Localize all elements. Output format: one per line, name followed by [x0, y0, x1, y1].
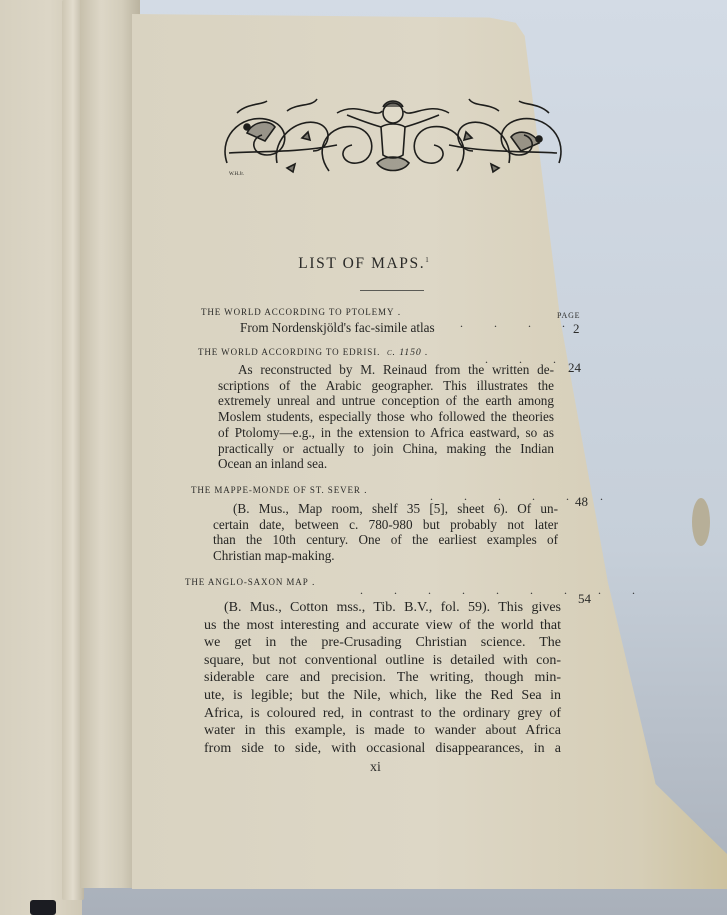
description-line: siderable care and precision. The writin…: [204, 669, 561, 687]
description-line: certain date, between c. 780-980 but pro…: [213, 517, 558, 533]
dot-leaders: . . . . . . . . .: [360, 583, 649, 598]
footnote-mark: 1: [425, 256, 429, 264]
description-line: (B. Mus., Map room, shelf 35 [5], sheet …: [213, 501, 558, 517]
description-line: we get in the pre-Crusading Christian sc…: [204, 634, 561, 652]
entry-heading-suffix: .: [364, 485, 367, 496]
description-line: extremely unreal and untrue conception o…: [218, 393, 554, 409]
entry-description: From Nordenskjöld's fac-simile atlas: [240, 320, 500, 336]
description-line: from side to side, with occasional disap…: [204, 740, 561, 758]
page-title: LIST OF MAPS.1: [0, 255, 727, 273]
description-line: Ocean an inland sea.: [218, 456, 554, 472]
description-line: water in this example, is made to wander…: [204, 722, 561, 740]
entry-page-number: 2: [573, 321, 580, 337]
description-line: of Ptolomy—e.g., in the extension to Afr…: [218, 425, 554, 441]
page-content: W.H.Jr. LIST OF MAPS.1 PAGE The World Ac…: [0, 0, 727, 915]
description-line: Africa, is coloured red, in contrast to …: [204, 705, 561, 723]
description-line: square, but not conventional outline is …: [204, 652, 561, 670]
description-line: (B. Mus., Cotton mss., Tib. B.V., fol. 5…: [204, 599, 561, 617]
page-folio: xi: [370, 760, 381, 776]
description-line: than the 10th century. One of the earlie…: [213, 532, 558, 548]
entry-heading: The Mappe-Monde of St. Sever .: [191, 485, 368, 496]
entry-heading-text: The World According to Ptolemy: [201, 307, 394, 317]
entry-description: (B. Mus., Cotton mss., Tib. B.V., fol. 5…: [204, 599, 561, 757]
entry-heading-text: The World According to Edrisi.: [198, 347, 380, 357]
entry-description: As reconstructed by M. Reinaud from the …: [218, 362, 554, 472]
entry-heading-text: The Anglo-Saxon Map: [185, 577, 309, 587]
headpiece-ornament-icon: W.H.Jr.: [217, 93, 569, 179]
title-divider: [360, 290, 424, 291]
svg-text:W.H.Jr.: W.H.Jr.: [229, 172, 244, 177]
description-line: practically or actually to join China, m…: [218, 441, 554, 457]
entry-heading-suffix: .: [398, 307, 401, 318]
entry-description: (B. Mus., Map room, shelf 35 [5], sheet …: [213, 501, 558, 564]
entry-page-number: 48: [575, 494, 588, 510]
description-line: From Nordenskjöld's fac-simile atlas: [240, 320, 500, 336]
entry-page-number: 24: [568, 360, 581, 376]
entry-heading: The World According to Edrisi. c. 1150 .: [198, 347, 428, 358]
entry-heading: The World According to Ptolemy .: [201, 307, 401, 318]
entry-heading-suffix: .: [312, 577, 315, 588]
description-line: Christian map-making.: [213, 548, 558, 564]
description-line: ute, is legible; but the Nile, which, li…: [204, 687, 561, 705]
entry-page-number: 54: [578, 591, 591, 607]
entry-heading-text: The Mappe-Monde of St. Sever: [191, 485, 361, 495]
description-line: scriptions of the Arabic geographer. Thi…: [218, 378, 554, 394]
title-text: LIST OF MAPS.: [298, 255, 425, 272]
description-line: Moslem students, especially those who fo…: [218, 409, 554, 425]
entry-heading-suffix: c. 1150 .: [387, 347, 428, 358]
description-line: us the most interesting and accurate vie…: [204, 617, 561, 635]
description-line: As reconstructed by M. Reinaud from the …: [218, 362, 554, 378]
entry-heading: The Anglo-Saxon Map .: [185, 577, 315, 588]
